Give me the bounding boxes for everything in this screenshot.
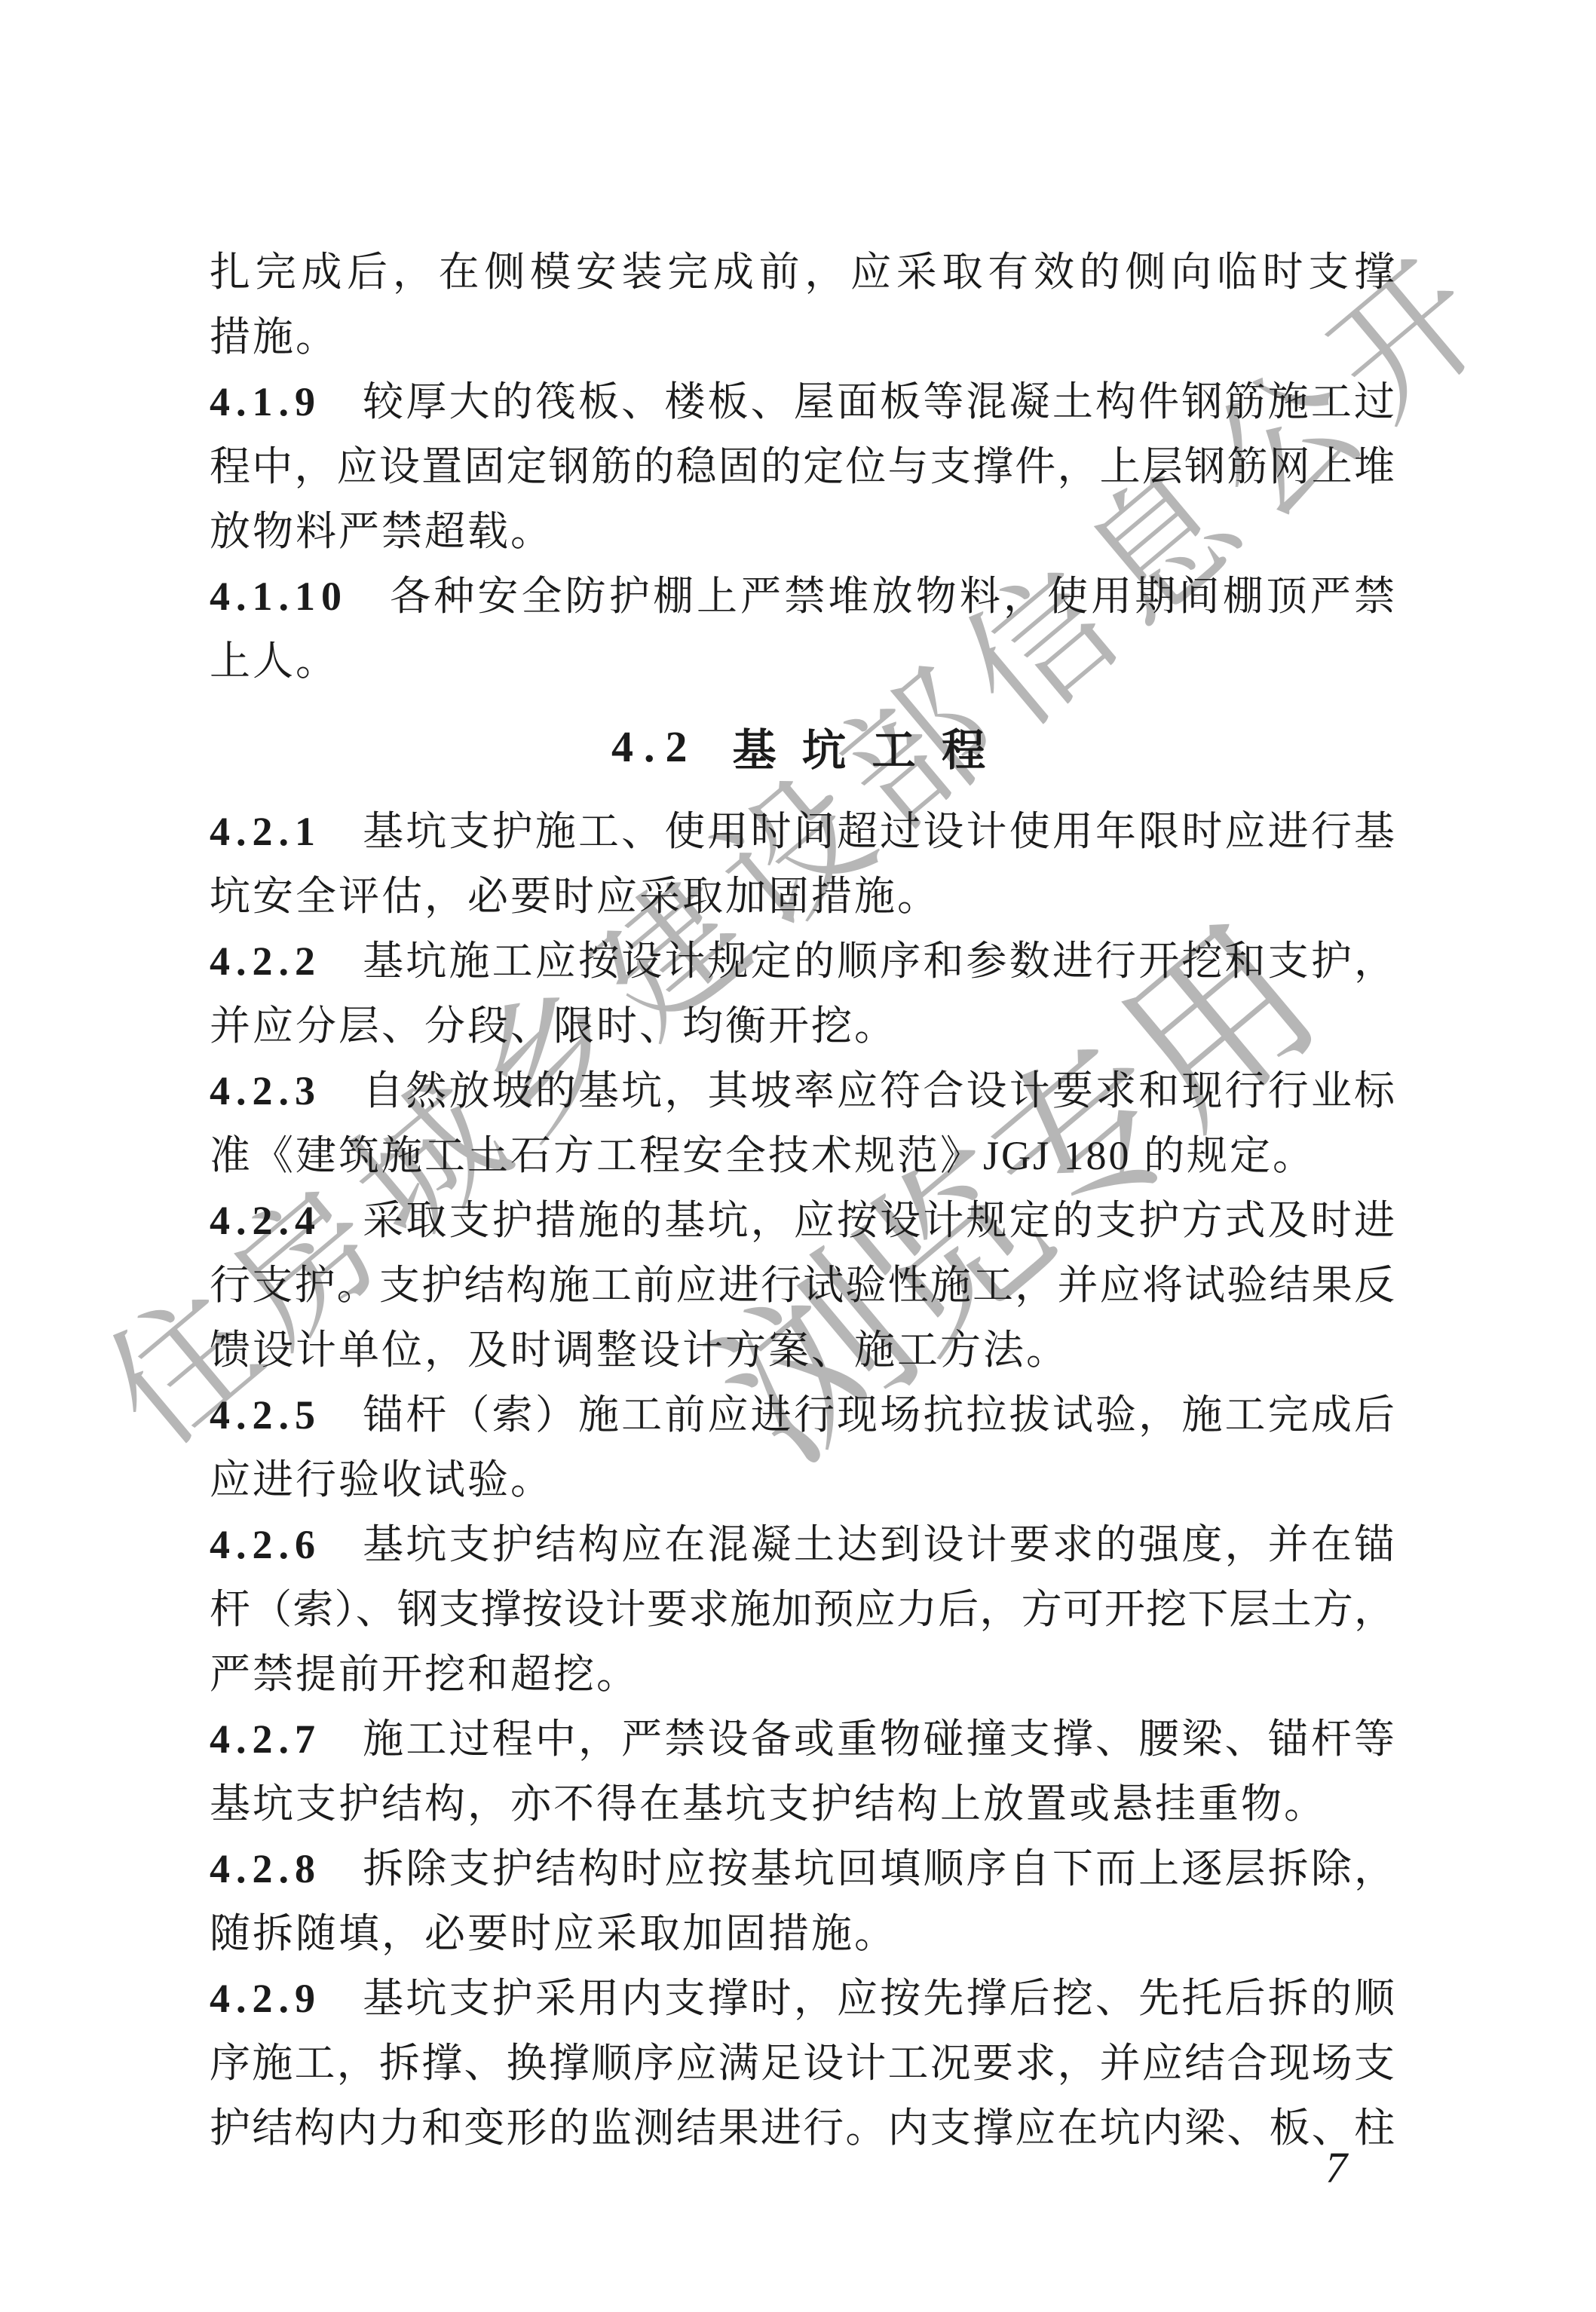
document-page: 住房城乡建设部信息公开 浏览专用 扎完成后，在侧模安装完成前，应采取有效的侧向临… <box>0 0 1596 2312</box>
clause-text: 放物料严禁超载。 <box>210 509 553 554</box>
clause-number: 4.2.8 <box>210 1846 321 1891</box>
clause-line: 4.2.3自然放坡的基坑，其坡率应符合设计要求和现行行业标 <box>210 1058 1395 1123</box>
clause-line: 基坑支护结构，亦不得在基坑支护结构上放置或悬挂重物。 <box>210 1772 1395 1836</box>
clause-text: 基坑支护结构，亦不得在基坑支护结构上放置或悬挂重物。 <box>210 1781 1327 1827</box>
clause-text: 并应分层、分段、限时、均衡开挖。 <box>210 1003 897 1049</box>
clause-text: 馈设计单位，及时调整设计方案、施工方法。 <box>210 1327 1069 1373</box>
clause-text: 严禁提前开挖和超挖。 <box>210 1652 639 1697</box>
clause-text: 程中，应设置固定钢筋的稳固的定位与支撑件，上层钢筋网上堆 <box>210 444 1395 489</box>
clause-text: 应进行验收试验。 <box>210 1457 553 1502</box>
clause-text: 基坑支护结构应在混凝土达到设计要求的强度，并在锚 <box>360 1522 1395 1567</box>
clause-line: 4.2.9基坑支护采用内支撑时，应按先撑后挖、先托后拆的顺 <box>210 1966 1395 2031</box>
clause-line: 杆（索）、钢支撑按设计要求施加预应力后，方可开挖下层土方， <box>210 1577 1395 1642</box>
clause-text: 自然放坡的基坑，其坡率应符合设计要求和现行行业标 <box>360 1068 1395 1113</box>
clause-text: 准《建筑施工土石方工程安全技术规范》JGJ 180 的规定。 <box>210 1133 1316 1178</box>
clause-line: 序施工，拆撑、换撑顺序应满足设计工况要求，并应结合现场支 <box>210 2031 1395 2096</box>
clause-line: 护结构内力和变形的监测结果进行。内支撑应在坑内梁、板、柱 <box>210 2096 1395 2160</box>
clause-line: 准《建筑施工土石方工程安全技术规范》JGJ 180 的规定。 <box>210 1123 1395 1188</box>
clause-line: 4.1.10各种安全防护棚上严禁堆放物料，使用期间棚顶严禁 <box>210 564 1395 629</box>
clause-line: 4.2.8拆除支护结构时应按基坑回填顺序自下而上逐层拆除， <box>210 1836 1395 1901</box>
clause-line: 4.2.7施工过程中，严禁设备或重物碰撞支撑、腰梁、锚杆等 <box>210 1707 1395 1772</box>
clause-text: 基坑支护施工、使用时间超过设计使用年限时应进行基 <box>360 809 1395 854</box>
clause-line: 程中，应设置固定钢筋的稳固的定位与支撑件，上层钢筋网上堆 <box>210 434 1395 499</box>
clause-text: 采取支护措施的基坑，应按设计规定的支护方式及时进 <box>360 1198 1395 1243</box>
clause-line: 馈设计单位，及时调整设计方案、施工方法。 <box>210 1318 1395 1383</box>
clause-text: 较厚大的筏板、楼板、屋面板等混凝土构件钢筋施工过 <box>360 379 1395 424</box>
section-title: 基 坑 工 程 <box>732 715 993 778</box>
clause-text: 锚杆（索）施工前应进行现场抗拉拔试验，施工完成后 <box>360 1392 1395 1438</box>
clause-number: 4.2.2 <box>210 939 321 984</box>
clause-number: 4.1.10 <box>210 574 348 619</box>
clause-text: 扎完成后，在侧模安装完成前，应采取有效的侧向临时支撑 <box>210 250 1395 295</box>
clause-line: 4.2.6基坑支护结构应在混凝土达到设计要求的强度，并在锚 <box>210 1512 1395 1577</box>
clause-line: 4.2.1基坑支护施工、使用时间超过设计使用年限时应进行基 <box>210 799 1395 864</box>
clause-lines-top: 扎完成后，在侧模安装完成前，应采取有效的侧向临时支撑措施。4.1.9较厚大的筏板… <box>210 240 1395 694</box>
clause-text: 序施工，拆撑、换撑顺序应满足设计工况要求，并应结合现场支 <box>210 2041 1395 2086</box>
clause-text: 行支护。支护结构施工前应进行试验性施工，并应将试验结果反 <box>210 1263 1395 1308</box>
clause-text: 上人。 <box>210 638 338 684</box>
clause-number: 4.2.7 <box>210 1716 321 1762</box>
clause-text: 护结构内力和变形的监测结果进行。内支撑应在坑内梁、板、柱 <box>210 2105 1395 2151</box>
clause-number: 4.2.1 <box>210 809 321 854</box>
clause-text: 随拆随填，必要时应采取加固措施。 <box>210 1911 897 1956</box>
section-heading: 4.2 基 坑 工 程 <box>210 694 1395 799</box>
clause-line: 行支护。支护结构施工前应进行试验性施工，并应将试验结果反 <box>210 1253 1395 1318</box>
clause-line: 4.2.4采取支护措施的基坑，应按设计规定的支护方式及时进 <box>210 1188 1395 1253</box>
clause-text: 各种安全防护棚上严禁堆放物料，使用期间棚顶严禁 <box>387 574 1395 619</box>
clause-line: 放物料严禁超载。 <box>210 499 1395 564</box>
clause-line: 坑安全评估，必要时应采取加固措施。 <box>210 864 1395 929</box>
clause-text: 拆除支护结构时应按基坑回填顺序自下而上逐层拆除， <box>360 1846 1395 1891</box>
clause-number: 4.2.3 <box>210 1068 321 1113</box>
section-number: 4.2 <box>611 721 698 772</box>
clause-line: 4.2.2基坑施工应按设计规定的顺序和参数进行开挖和支护， <box>210 929 1395 994</box>
clause-line: 4.1.9较厚大的筏板、楼板、屋面板等混凝土构件钢筋施工过 <box>210 369 1395 434</box>
clause-line: 严禁提前开挖和超挖。 <box>210 1642 1395 1707</box>
clause-line: 并应分层、分段、限时、均衡开挖。 <box>210 994 1395 1058</box>
clause-line: 上人。 <box>210 629 1395 694</box>
clause-text: 基坑支护采用内支撑时，应按先撑后挖、先托后拆的顺 <box>360 1976 1395 2021</box>
clause-text: 措施。 <box>210 314 338 360</box>
page-content: 扎完成后，在侧模安装完成前，应采取有效的侧向临时支撑措施。4.1.9较厚大的筏板… <box>210 240 1395 2160</box>
clause-number: 4.2.9 <box>210 1976 321 2021</box>
clause-number: 4.1.9 <box>210 379 321 424</box>
clause-number: 4.2.5 <box>210 1392 321 1438</box>
clause-number: 4.2.4 <box>210 1198 321 1243</box>
clause-lines-bottom: 4.2.1基坑支护施工、使用时间超过设计使用年限时应进行基坑安全评估，必要时应采… <box>210 799 1395 2160</box>
clause-line: 措施。 <box>210 305 1395 369</box>
clause-text: 基坑施工应按设计规定的顺序和参数进行开挖和支护， <box>360 939 1395 984</box>
clause-text: 杆（索）、钢支撑按设计要求施加预应力后，方可开挖下层土方， <box>210 1587 1395 1632</box>
clause-number: 4.2.6 <box>210 1522 321 1567</box>
clause-text: 施工过程中，严禁设备或重物碰撞支撑、腰梁、锚杆等 <box>360 1716 1395 1762</box>
clause-line: 扎完成后，在侧模安装完成前，应采取有效的侧向临时支撑 <box>210 240 1395 305</box>
clause-line: 4.2.5锚杆（索）施工前应进行现场抗拉拔试验，施工完成后 <box>210 1383 1395 1447</box>
clause-text: 坑安全评估，必要时应采取加固措施。 <box>210 874 940 919</box>
clause-line: 应进行验收试验。 <box>210 1447 1395 1512</box>
clause-line: 随拆随填，必要时应采取加固措施。 <box>210 1901 1395 1966</box>
page-number: 7 <box>1325 2142 1347 2193</box>
